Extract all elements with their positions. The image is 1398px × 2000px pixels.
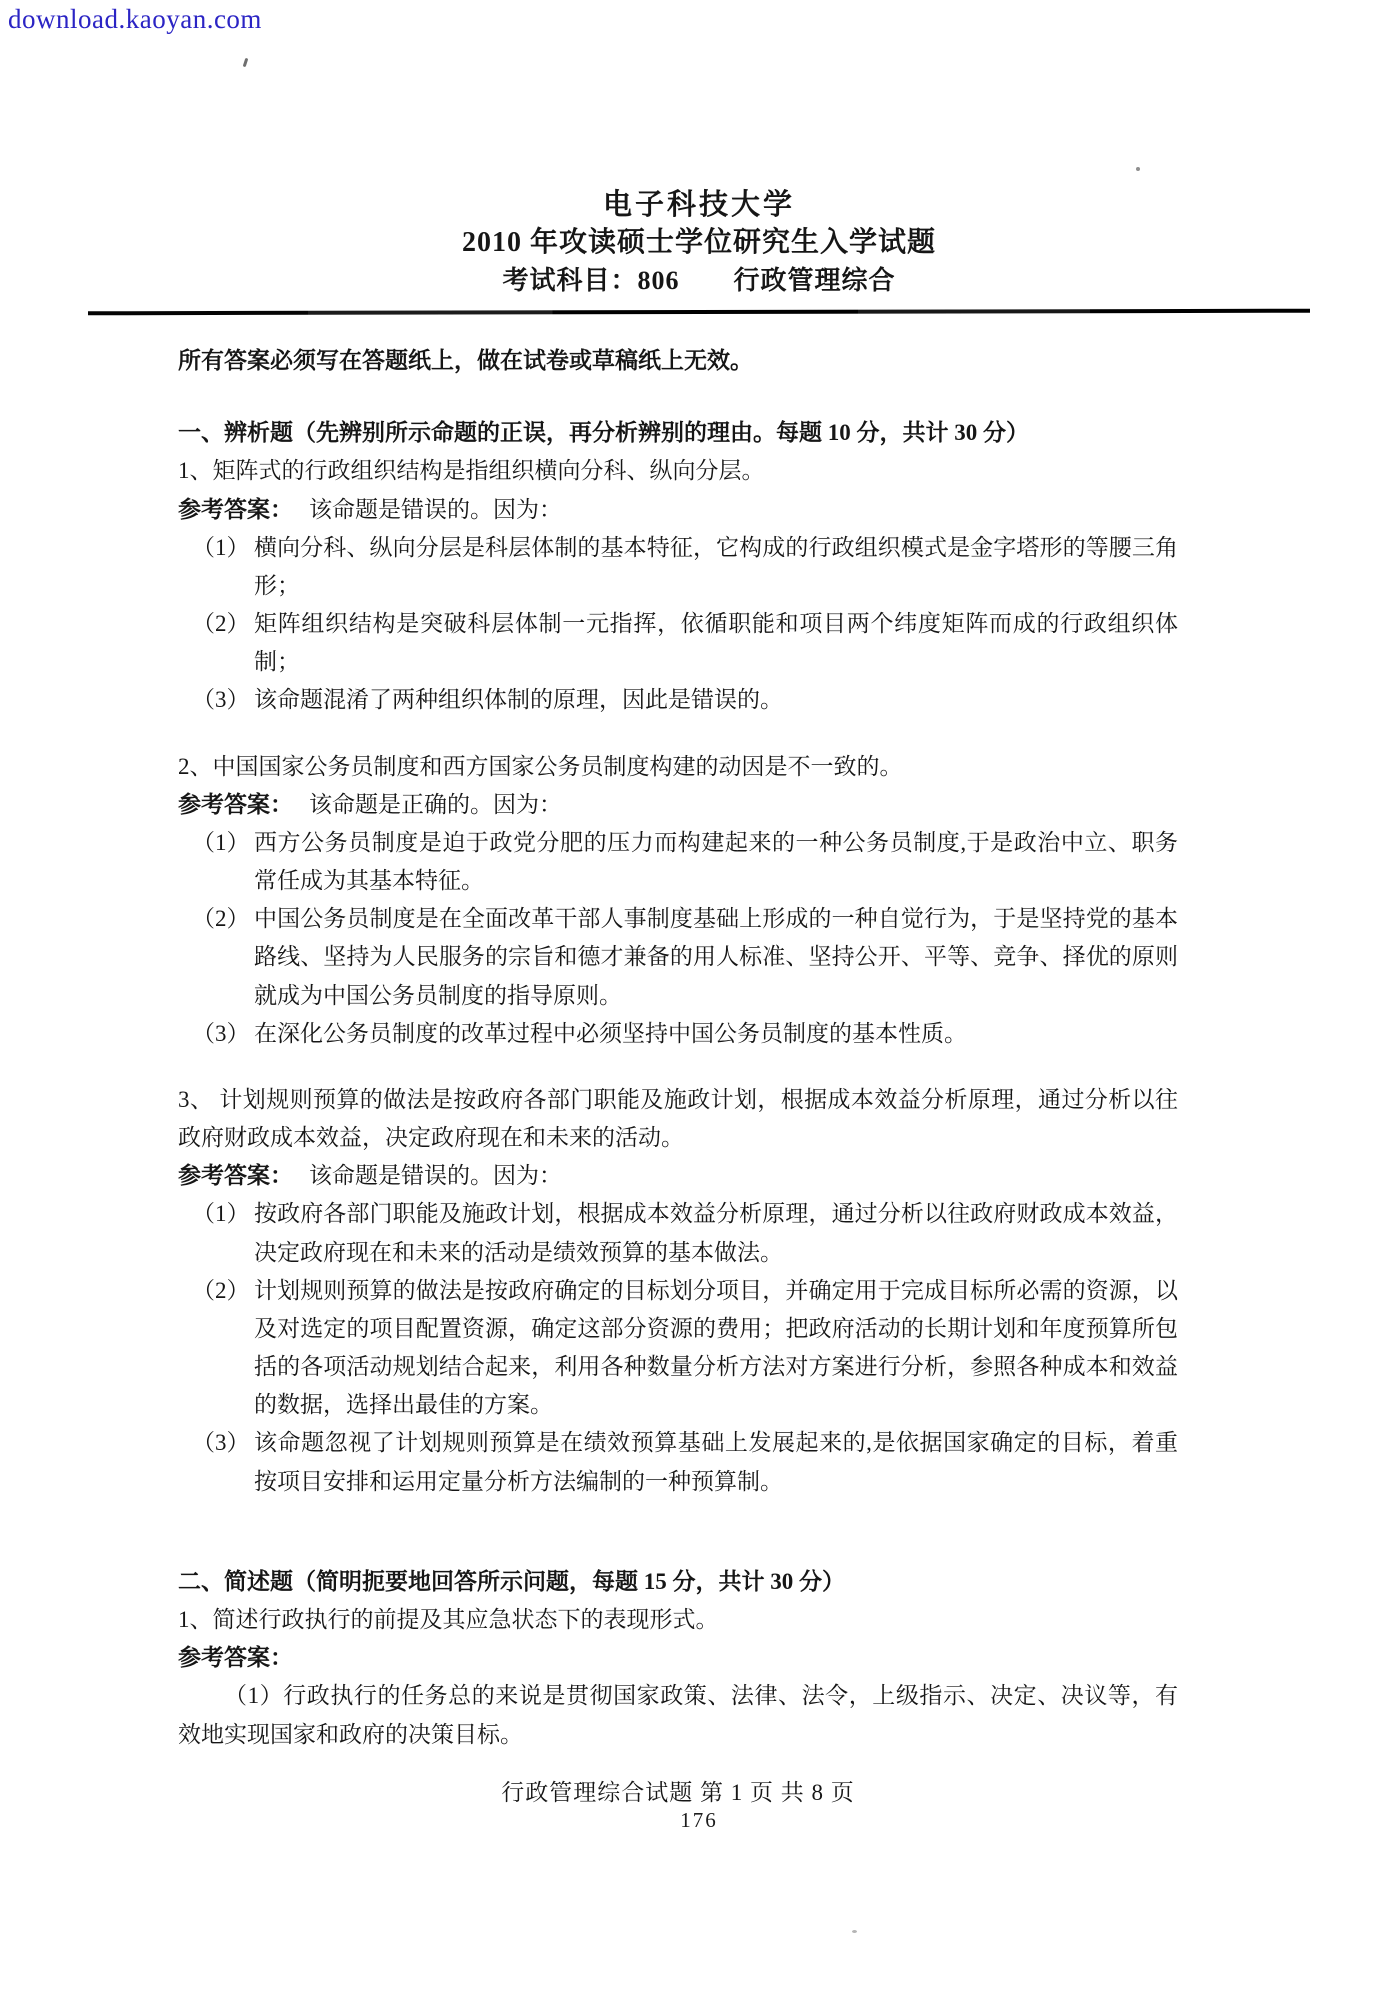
item-text: 按政府各部门职能及施政计划，根据成本效益分析原理，通过分析以往政府财政成本效益，… [254, 1195, 1178, 1271]
scan-mark [770, 910, 774, 914]
answer-point: （2）矩阵组织结构是突破科层体制一元指挥，依循职能和项目两个纬度矩阵而成的行政组… [178, 605, 1178, 681]
content-blocks: 一、辨析题（先辨别所示命题的正误，再分析辨别的理由。每题 10 分，共计 30 … [178, 414, 1178, 1754]
answer-point: （1）西方公务员制度是迫于政党分肥的压力而构建起来的一种公务员制度,于是政治中立… [178, 824, 1178, 900]
question-statement: 1、简述行政执行的前提及其应急状态下的表现形式。 [178, 1601, 1178, 1639]
reference-answer-label: 参考答案： [178, 497, 293, 522]
reference-answer-line: 参考答案：该命题是错误的。因为： [178, 1157, 1178, 1195]
item-text: 中国公务员制度是在全面改革干部人事制度基础上形成的一种自觉行为，于是坚持党的基本… [254, 900, 1178, 1015]
reference-answer-line: 参考答案： [178, 1639, 1178, 1677]
paragraph-spacer [178, 1501, 1178, 1529]
reference-answer-verdict: 该命题是错误的。因为： [309, 1163, 562, 1188]
item-marker: （1） [192, 824, 254, 900]
reference-answer-verdict: 该命题是错误的。因为： [309, 497, 562, 522]
item-marker: （2） [192, 1272, 254, 1425]
answer-point: （1）按政府各部门职能及施政计划，根据成本效益分析原理，通过分析以往政府财政成本… [178, 1195, 1178, 1271]
item-marker: （1） [192, 529, 254, 605]
question-statement: 2、中国国家公务员制度和西方国家公务员制度构建的动因是不一致的。 [178, 748, 1178, 786]
item-marker: （3） [192, 1424, 254, 1500]
item-marker: （3） [192, 1015, 254, 1053]
answer-paragraph: （1）行政执行的任务总的来说是贯彻国家政策、法律、法令，上级指示、决定、决议等，… [178, 1677, 1178, 1753]
item-marker: （3） [192, 681, 254, 719]
scan-page-number: 176 [0, 1808, 1398, 1833]
item-text: 横向分科、纵向分层是科层体制的基本特征，它构成的行政组织模式是金字塔形的等腰三角… [254, 529, 1178, 605]
paragraph-spacer [178, 720, 1178, 748]
item-text: 西方公务员制度是迫于政党分肥的压力而构建起来的一种公务员制度,于是政治中立、职务… [254, 824, 1178, 900]
page-footer-label: 行政管理综合试题 第 1 页 共 8 页 [178, 1774, 1178, 1812]
item-text: 矩阵组织结构是突破科层体制一元指挥，依循职能和项目两个纬度矩阵而成的行政组织体制… [254, 605, 1178, 681]
exam-subject-line: 考试科目：806 行政管理综合 [0, 262, 1398, 300]
item-text: 该命题混淆了两种组织体制的原理，因此是错误的。 [254, 681, 1178, 719]
reference-answer-line: 参考答案：该命题是正确的。因为： [178, 786, 1178, 824]
watermark-url-text: download.kaoyan.com [8, 4, 262, 35]
document-body: 所有答案必须写在答题纸上，做在试卷或草稿纸上无效。 一、辨析题（先辨别所示命题的… [178, 342, 1178, 1812]
scan-mark [1136, 167, 1140, 171]
item-text: 该命题忽视了计划规则预算是在绩效预算基础上发展起来的,是依据国家确定的目标，着重… [254, 1424, 1178, 1500]
section-heading: 二、简述题（简明扼要地回答所示问题，每题 15 分，共计 30 分） [178, 1563, 1178, 1601]
reference-answer-label: 参考答案： [178, 1645, 293, 1670]
section-heading: 一、辨析题（先辨别所示命题的正误，再分析辨别的理由。每题 10 分，共计 30 … [178, 414, 1178, 452]
answer-point: （2）中国公务员制度是在全面改革干部人事制度基础上形成的一种自觉行为，于是坚持党… [178, 900, 1178, 1015]
item-text: 在深化公务员制度的改革过程中必须坚持中国公务员制度的基本性质。 [254, 1015, 1178, 1053]
reference-answer-line: 参考答案：该命题是错误的。因为： [178, 491, 1178, 529]
item-text: 计划规则预算的做法是按政府确定的目标划分项目，并确定用于完成目标所必需的资源，以… [254, 1272, 1178, 1425]
paragraph-spacer [178, 1053, 1178, 1081]
scan-mark [852, 1930, 857, 1933]
answer-point: （3）在深化公务员制度的改革过程中必须坚持中国公务员制度的基本性质。 [178, 1015, 1178, 1053]
university-name: 电子科技大学 [0, 186, 1398, 224]
item-marker: （2） [192, 900, 254, 1015]
reference-answer-verdict: 该命题是正确的。因为： [309, 792, 562, 817]
question-statement: 3、 计划规则预算的做法是按政府各部门职能及施政计划，根据成本效益分析原理，通过… [178, 1081, 1178, 1157]
item-marker: （2） [192, 605, 254, 681]
question-statement: 1、矩阵式的行政组织结构是指组织横向分科、纵向分层。 [178, 452, 1178, 490]
item-marker: （1） [192, 1195, 254, 1271]
scanned-exam-page: download.kaoyan.com 电子科技大学 2010 年攻读硕士学位研… [0, 0, 1398, 2000]
answer-point: （3）该命题混淆了两种组织体制的原理，因此是错误的。 [178, 681, 1178, 719]
header-divider-rule [88, 309, 1310, 316]
answer-point: （3）该命题忽视了计划规则预算是在绩效预算基础上发展起来的,是依据国家确定的目标… [178, 1424, 1178, 1500]
title-block: 电子科技大学 2010 年攻读硕士学位研究生入学试题 考试科目：806 行政管理… [0, 0, 1398, 300]
answer-point: （1）横向分科、纵向分层是科层体制的基本特征，它构成的行政组织模式是金字塔形的等… [178, 529, 1178, 605]
reference-answer-label: 参考答案： [178, 1163, 293, 1188]
reference-answer-label: 参考答案： [178, 792, 293, 817]
answer-sheet-notice: 所有答案必须写在答题纸上，做在试卷或草稿纸上无效。 [178, 342, 1178, 380]
answer-point: （2）计划规则预算的做法是按政府确定的目标划分项目，并确定用于完成目标所必需的资… [178, 1272, 1178, 1425]
exam-title: 2010 年攻读硕士学位研究生入学试题 [0, 224, 1398, 262]
